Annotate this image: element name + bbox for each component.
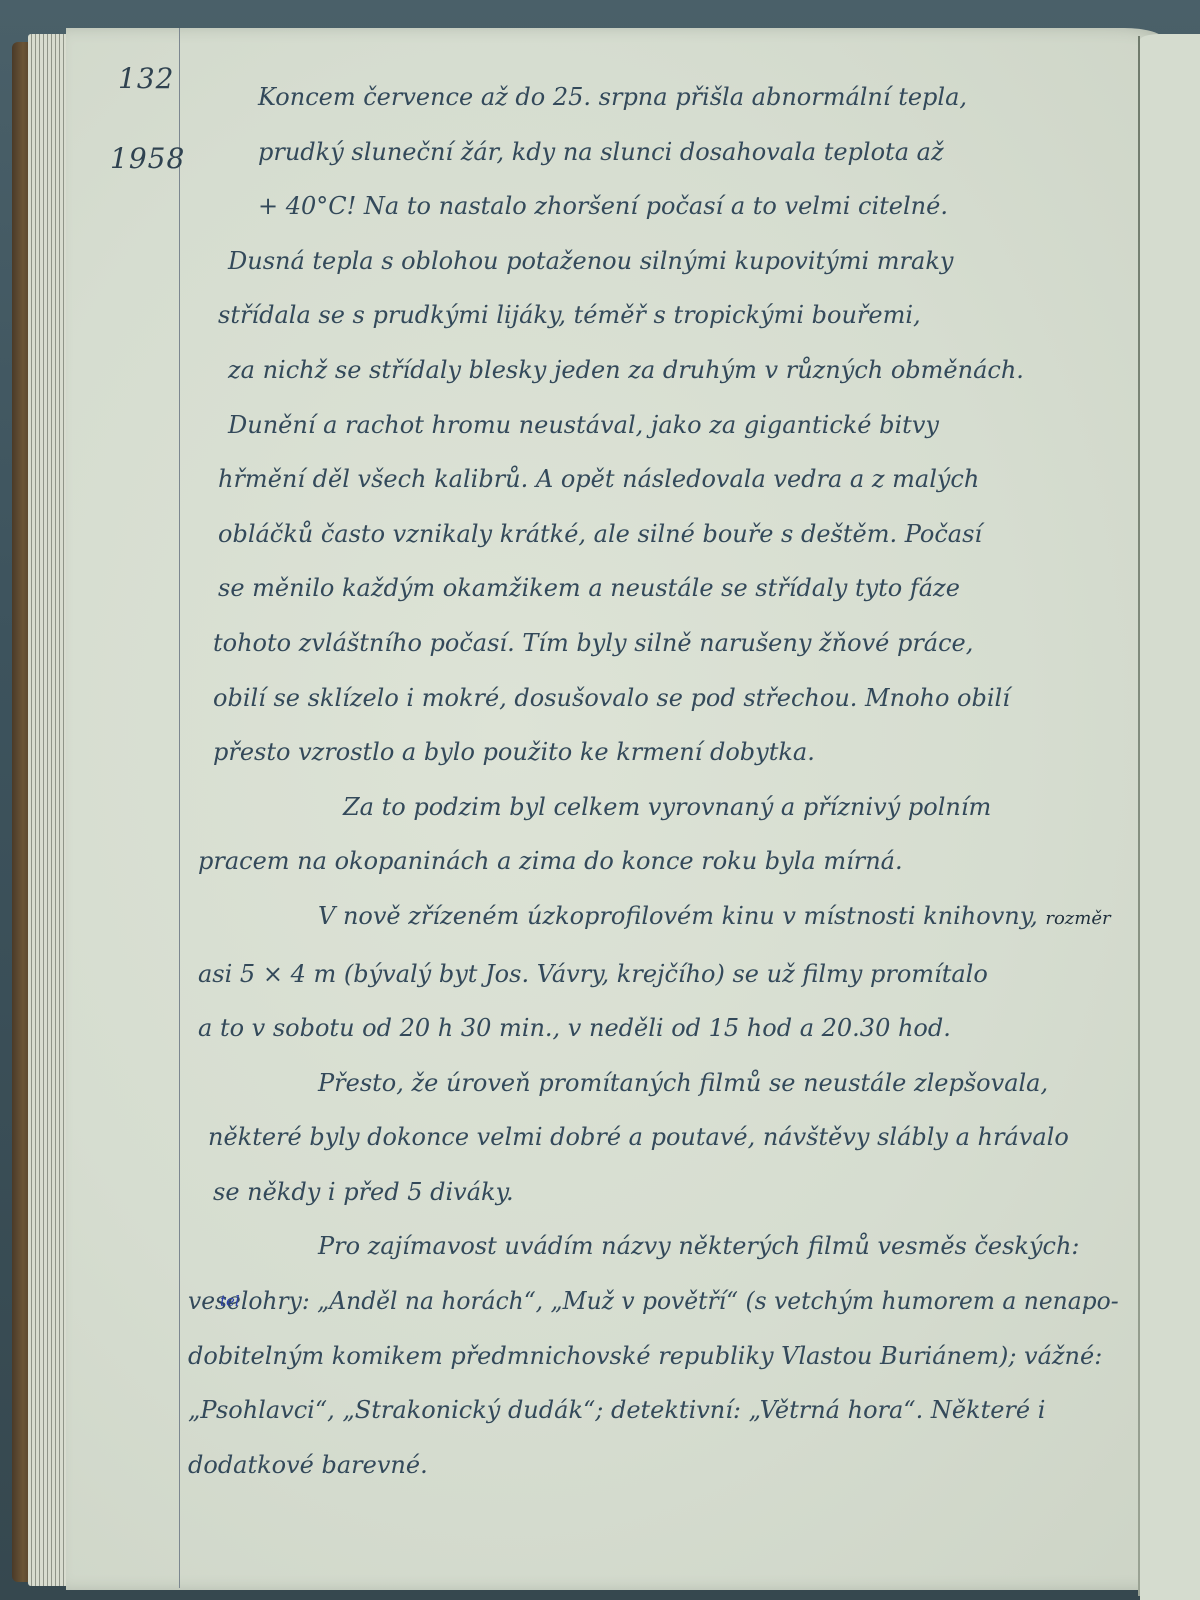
text-line: Dunění a rachot hromu neustával, jako za… (188, 398, 1118, 453)
text-line: některé byly dokonce velmi dobré a pouta… (188, 1110, 1118, 1165)
text-line: hřmění děl všech kalibrů. A opět následo… (188, 452, 1118, 507)
text-line: asi 5 × 4 m (bývalý byt Jos. Vávry, krej… (188, 947, 1118, 1002)
text-line: za nichž se střídaly blesky jeden za dru… (188, 343, 1118, 398)
text-line: se někdy i před 5 diváky. (188, 1165, 1118, 1220)
text-line: dobitelným komikem předmnichovské republ… (188, 1329, 1118, 1384)
text-line: + 40°C! Na to nastalo zhoršení počasí a … (188, 179, 1118, 234)
text-line: přesto vzrostlo a bylo použito ke krmení… (188, 725, 1118, 780)
text-line: obláčků často vznikaly krátké, ale silné… (188, 507, 1118, 562)
text-line: obilí se sklízelo i mokré, dosušovalo se… (188, 671, 1118, 726)
text-line: Za to podzim byl celkem vyrovnaný a příz… (188, 780, 1118, 835)
facing-page-edge (1140, 34, 1200, 1600)
text-line: se měnilo každým okamžikem a neustále se… (188, 561, 1118, 616)
text-line: Pro zajímavost uvádím názvy některých fi… (188, 1219, 1118, 1274)
text-line: „Psohlavci“, „Strakonický dudák“; detekt… (188, 1383, 1118, 1438)
text-line: Koncem července až do 25. srpna přišla a… (188, 70, 1118, 125)
text-line: tohoto zvláštního počasí. Tím byly silně… (188, 616, 1118, 671)
inline-addition: rozměr (1045, 908, 1110, 929)
text-line: V nově zřízeném úzkoprofilovém kinu v mí… (188, 889, 1118, 947)
text-segment: V nově zřízeném úzkoprofilovém kinu v mí… (318, 902, 1038, 930)
blue-ink-correction: tel (220, 1292, 240, 1310)
text-line: pracem na okopaninách a zima do konce ro… (188, 834, 1118, 889)
text-line: Přesto, že úroveň promítaných filmů se n… (188, 1056, 1118, 1111)
margin-rule-line (179, 28, 180, 1588)
page-number: 132 (118, 62, 174, 95)
text-line: a to v sobotu od 20 h 30 min., v neděli … (188, 1001, 1118, 1056)
book-gutter (1138, 36, 1140, 1596)
text-line: dodatkové barevné. (188, 1438, 1118, 1493)
page-stack-edges (28, 34, 68, 1586)
text-line: veselohry: „Anděl na horách“, „Muž v pov… (188, 1274, 1094, 1329)
handwritten-body: Koncem července až do 25. srpna přišla a… (188, 70, 1118, 1492)
book-scene: 132 1958 Koncem července až do 25. srpna… (0, 0, 1200, 1600)
text-line: Dusná tepla s oblohou potaženou silnými … (188, 234, 1118, 289)
year-note: 1958 (110, 142, 185, 175)
text-line: střídala se s prudkými lijáky, téměř s t… (188, 288, 1118, 343)
text-line: prudký sluneční žár, kdy na slunci dosah… (188, 125, 1118, 180)
